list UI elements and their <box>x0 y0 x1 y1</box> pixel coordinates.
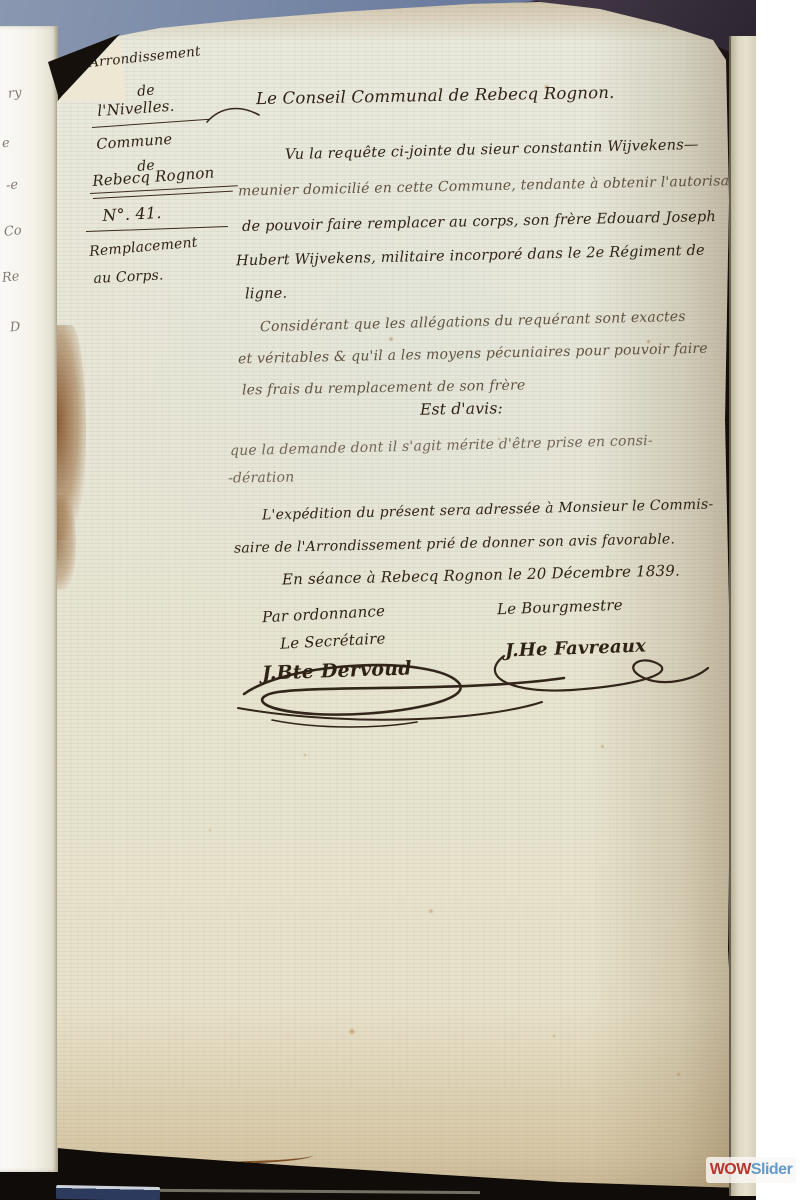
facing-page-edge <box>729 36 756 1196</box>
page-edge-fragment: D <box>9 319 21 335</box>
watermark-slider-text: Slider <box>751 1161 792 1179</box>
page-edge-fragment: Co <box>3 223 22 240</box>
margin-number: N°. 41. <box>102 203 162 225</box>
ink-stain-left-edge-small <box>56 495 76 590</box>
manuscript-line-avis: Est d'avis: <box>420 399 503 418</box>
page-edge-fragment: e <box>1 136 10 152</box>
manuscript-page: Arrondissement de l'Nivelles. Commune de… <box>0 0 756 1200</box>
archive-photo-page: { "margin": { "lines": [ "Arrondissement… <box>0 0 800 1200</box>
underlying-pages-edge: ry e -e Co Re D <box>0 26 58 1172</box>
margin-swash <box>205 103 263 129</box>
page-edge-fragment: Re <box>1 269 20 286</box>
watermark-wow-text: WOW <box>710 1161 751 1179</box>
wowslider-watermark[interactable]: WOWSlider <box>706 1157 796 1183</box>
page-edge-fragment: ry <box>7 85 22 101</box>
manuscript-photograph: ry e -e Co Re D Arrondissement de l'Nive… <box>0 0 756 1200</box>
page-edge-fragment: -e <box>5 177 19 193</box>
manuscript-line: -dération <box>228 469 295 486</box>
book-edge-sliver <box>56 1185 160 1200</box>
page-bottom-highlight <box>160 1189 480 1194</box>
manuscript-line: ligne. <box>245 286 288 303</box>
